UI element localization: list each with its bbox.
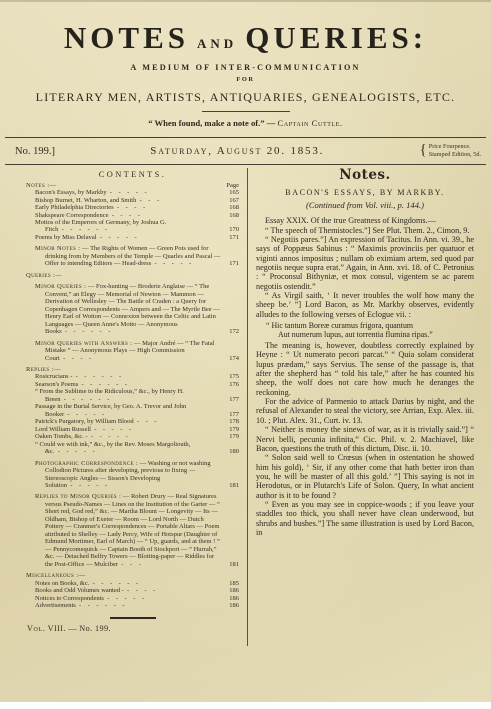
page-number: 175 [229, 373, 239, 380]
masthead: NOTES and QUERIES: A MEDIUM OF INTER-COM… [0, 20, 491, 128]
page-number: 165 [229, 189, 239, 196]
notes-entries: Bacon's Essays, by Markby - - - - -165 B… [35, 189, 239, 241]
price-line-2: Stamped Edition, 5d. [429, 151, 481, 159]
paragraph: “ Neither is money the sinews of war, as… [256, 425, 474, 453]
toc-entry: Notes on Books, &c. - - - - - -185 [35, 580, 239, 587]
page-number: 170 [229, 226, 239, 233]
toc-entry: Oaken Tombs, &c. - - - - - -179 [35, 433, 239, 440]
paragraph: “ As Virgil saith, ‘ It never troubles t… [256, 291, 474, 319]
toc-entry: Lord William Russell - - - - -179 [35, 426, 239, 433]
page-number: 186 [229, 595, 239, 602]
contents-label-row: Notes :— Page [26, 182, 239, 189]
page-number: 181 [229, 561, 239, 568]
toc-entry: Shakspeare Correspondence - - - -168 [35, 212, 239, 219]
page-number: 171 [229, 234, 239, 241]
issue-date: Saturday, August 20. 1853. [150, 145, 324, 157]
price-line-1: Price Fourpence. [429, 143, 481, 151]
page-number: 167 [229, 197, 239, 204]
page-number: 172 [229, 328, 239, 335]
page-column-label: Page [226, 182, 239, 189]
journal-title-left: NOTES [64, 20, 189, 55]
paragraph: “ Solon said well to Crœsus (when in ost… [256, 453, 474, 500]
photographic-block: Photographic Correspondence : — Washing … [35, 460, 239, 490]
audience-line: LITERARY MEN, ARTISTS, ANTIQUARIES, GENE… [0, 90, 491, 105]
contents-panel: CONTENTS. Notes :— Page Bacon's Essays, … [26, 168, 239, 646]
page-number: 186 [229, 602, 239, 609]
minor-notes-block: Minor Notes : — The Rights of Women — Gr… [35, 245, 239, 267]
toc-entry: Searson's Poems - - - - - -176 [35, 381, 239, 388]
toc-entry: Poems by Miss Delaval - - - - -171 [35, 234, 239, 241]
price-lines: Price Fourpence. Stamped Edition, 5d. [429, 143, 481, 159]
issue-bar: No. 199.] Saturday, August 20. 1853. { P… [0, 138, 491, 164]
page-number: 171 [229, 260, 239, 267]
toc-entry: Notices to Correspondents - - - - -186 [35, 595, 239, 602]
replies-entries: Rosicrucians - - - - - - -175 Searson's … [35, 373, 239, 455]
scanned-page: NOTES and QUERIES: A MEDIUM OF INTER-COM… [0, 0, 491, 709]
journal-title-right: QUERIES: [245, 20, 427, 55]
for-label: FOR [0, 76, 491, 83]
replies-minor-block: Replies to Minor Queries : — Robert Drur… [35, 493, 239, 568]
toc-entry: Passage in the Burial Service, by Geo. A… [35, 403, 239, 418]
section-label-miscellaneous: Miscellaneous :— [26, 572, 239, 579]
motto-attribution: Captain Cuttle. [277, 118, 342, 128]
page-number: 174 [229, 355, 239, 362]
paragraph: For the advice of Parmenio to attack Dar… [256, 397, 474, 425]
page-number: 177 [229, 411, 239, 418]
page-number: 168 [229, 204, 239, 211]
price-box: { Price Fourpence. Stamped Edition, 5d. [420, 141, 481, 161]
volume-footer: Vol. VIII. — No. 199. [27, 624, 239, 633]
scan-top-edge [0, 0, 491, 2]
page-number: 168 [229, 212, 239, 219]
toc-entry: “ Could we with ink,” &c., by the Rev. M… [35, 441, 239, 456]
misc-entries: Notes on Books, &c. - - - - - -185 Books… [35, 580, 239, 610]
page-number: 181 [229, 482, 239, 489]
toc-entry: Bacon's Essays, by Markby - - - - -165 [35, 189, 239, 196]
toc-entry: Early Philadelphia Directories - - - -16… [35, 204, 239, 211]
paragraph: “ Even as you may see in coppice-woods ;… [256, 500, 474, 537]
header-rule-lower [5, 164, 486, 165]
motto-line: “ When found, make a note of.” — Captain… [0, 118, 491, 128]
toc-entry: Books and Odd Volumes wanted - - - - -18… [35, 587, 239, 594]
page-number: 180 [229, 448, 239, 455]
page-number: 178 [229, 418, 239, 425]
toc-entry: Patrick's Purgatory, by William Blood - … [35, 418, 239, 425]
minor-queries-block: Minor Queries : — Fox-hunting — Broderie… [35, 283, 239, 335]
page-columns: CONTENTS. Notes :— Page Bacon's Essays, … [26, 168, 474, 646]
page-number: 179 [229, 433, 239, 440]
scan-bottom-edge [0, 702, 491, 709]
contents-end-rule [110, 617, 156, 619]
toc-entry: Mottos of the Emperors of Germany, by Jo… [35, 219, 239, 234]
toc-entry: Rosicrucians - - - - - - -175 [35, 373, 239, 380]
column-divider-rule [247, 168, 248, 646]
paragraph: “ The speech of Themistocles.”] See Plut… [256, 226, 474, 235]
paragraph: Essay XXIX. Of the true Greatness of Kin… [256, 216, 474, 225]
section-label-notes: Notes :— [26, 182, 56, 189]
minor-queries-answers-block: Minor Queries with Answers : — Major And… [35, 340, 239, 362]
article-title: BACON'S ESSAYS, BY MARKBY. [256, 188, 474, 197]
page-number: 179 [229, 426, 239, 433]
toc-entry: Advertisements - - - - - -186 [35, 602, 239, 609]
contents-heading: CONTENTS. [26, 170, 239, 180]
paragraph: The meaning is, however, doubtless corre… [256, 341, 474, 397]
issue-number: No. 199.] [15, 146, 55, 157]
verse-line: Aut numerum lupus, aut torrentia flumina… [278, 330, 474, 339]
short-divider-rule [202, 111, 290, 112]
continued-line: (Continued from Vol. viii., p. 144.) [256, 201, 474, 211]
page-number: 185 [229, 580, 239, 587]
journal-title-and: and [197, 32, 237, 53]
brace-glyph: { [420, 141, 427, 161]
motto-quote: “ When found, make a note of.” — [148, 118, 277, 128]
paragraph: “ Negotiis pares.”] An expression of Tac… [256, 235, 474, 291]
toc-entry: “ From the Sublime to the Ridiculous,” &… [35, 388, 239, 403]
journal-subtitle: A MEDIUM OF INTER-COMMUNICATION [0, 63, 491, 72]
journal-title: NOTES and QUERIES: [0, 20, 491, 56]
article-section-header: Notes. [256, 168, 474, 183]
section-label-replies: Replies :— [26, 366, 239, 373]
article-panel: Notes. BACON'S ESSAYS, BY MARKBY. (Conti… [256, 168, 474, 646]
verse-line: “ Hic tantum Boreæ curamus frigora, quan… [266, 321, 474, 330]
toc-entry: Bishop Burnet, H. Wharton, and Smith - -… [35, 197, 239, 204]
section-label-queries: Queries :— [26, 272, 239, 279]
page-number: 176 [229, 381, 239, 388]
page-number: 177 [229, 396, 239, 403]
page-number: 186 [229, 587, 239, 594]
